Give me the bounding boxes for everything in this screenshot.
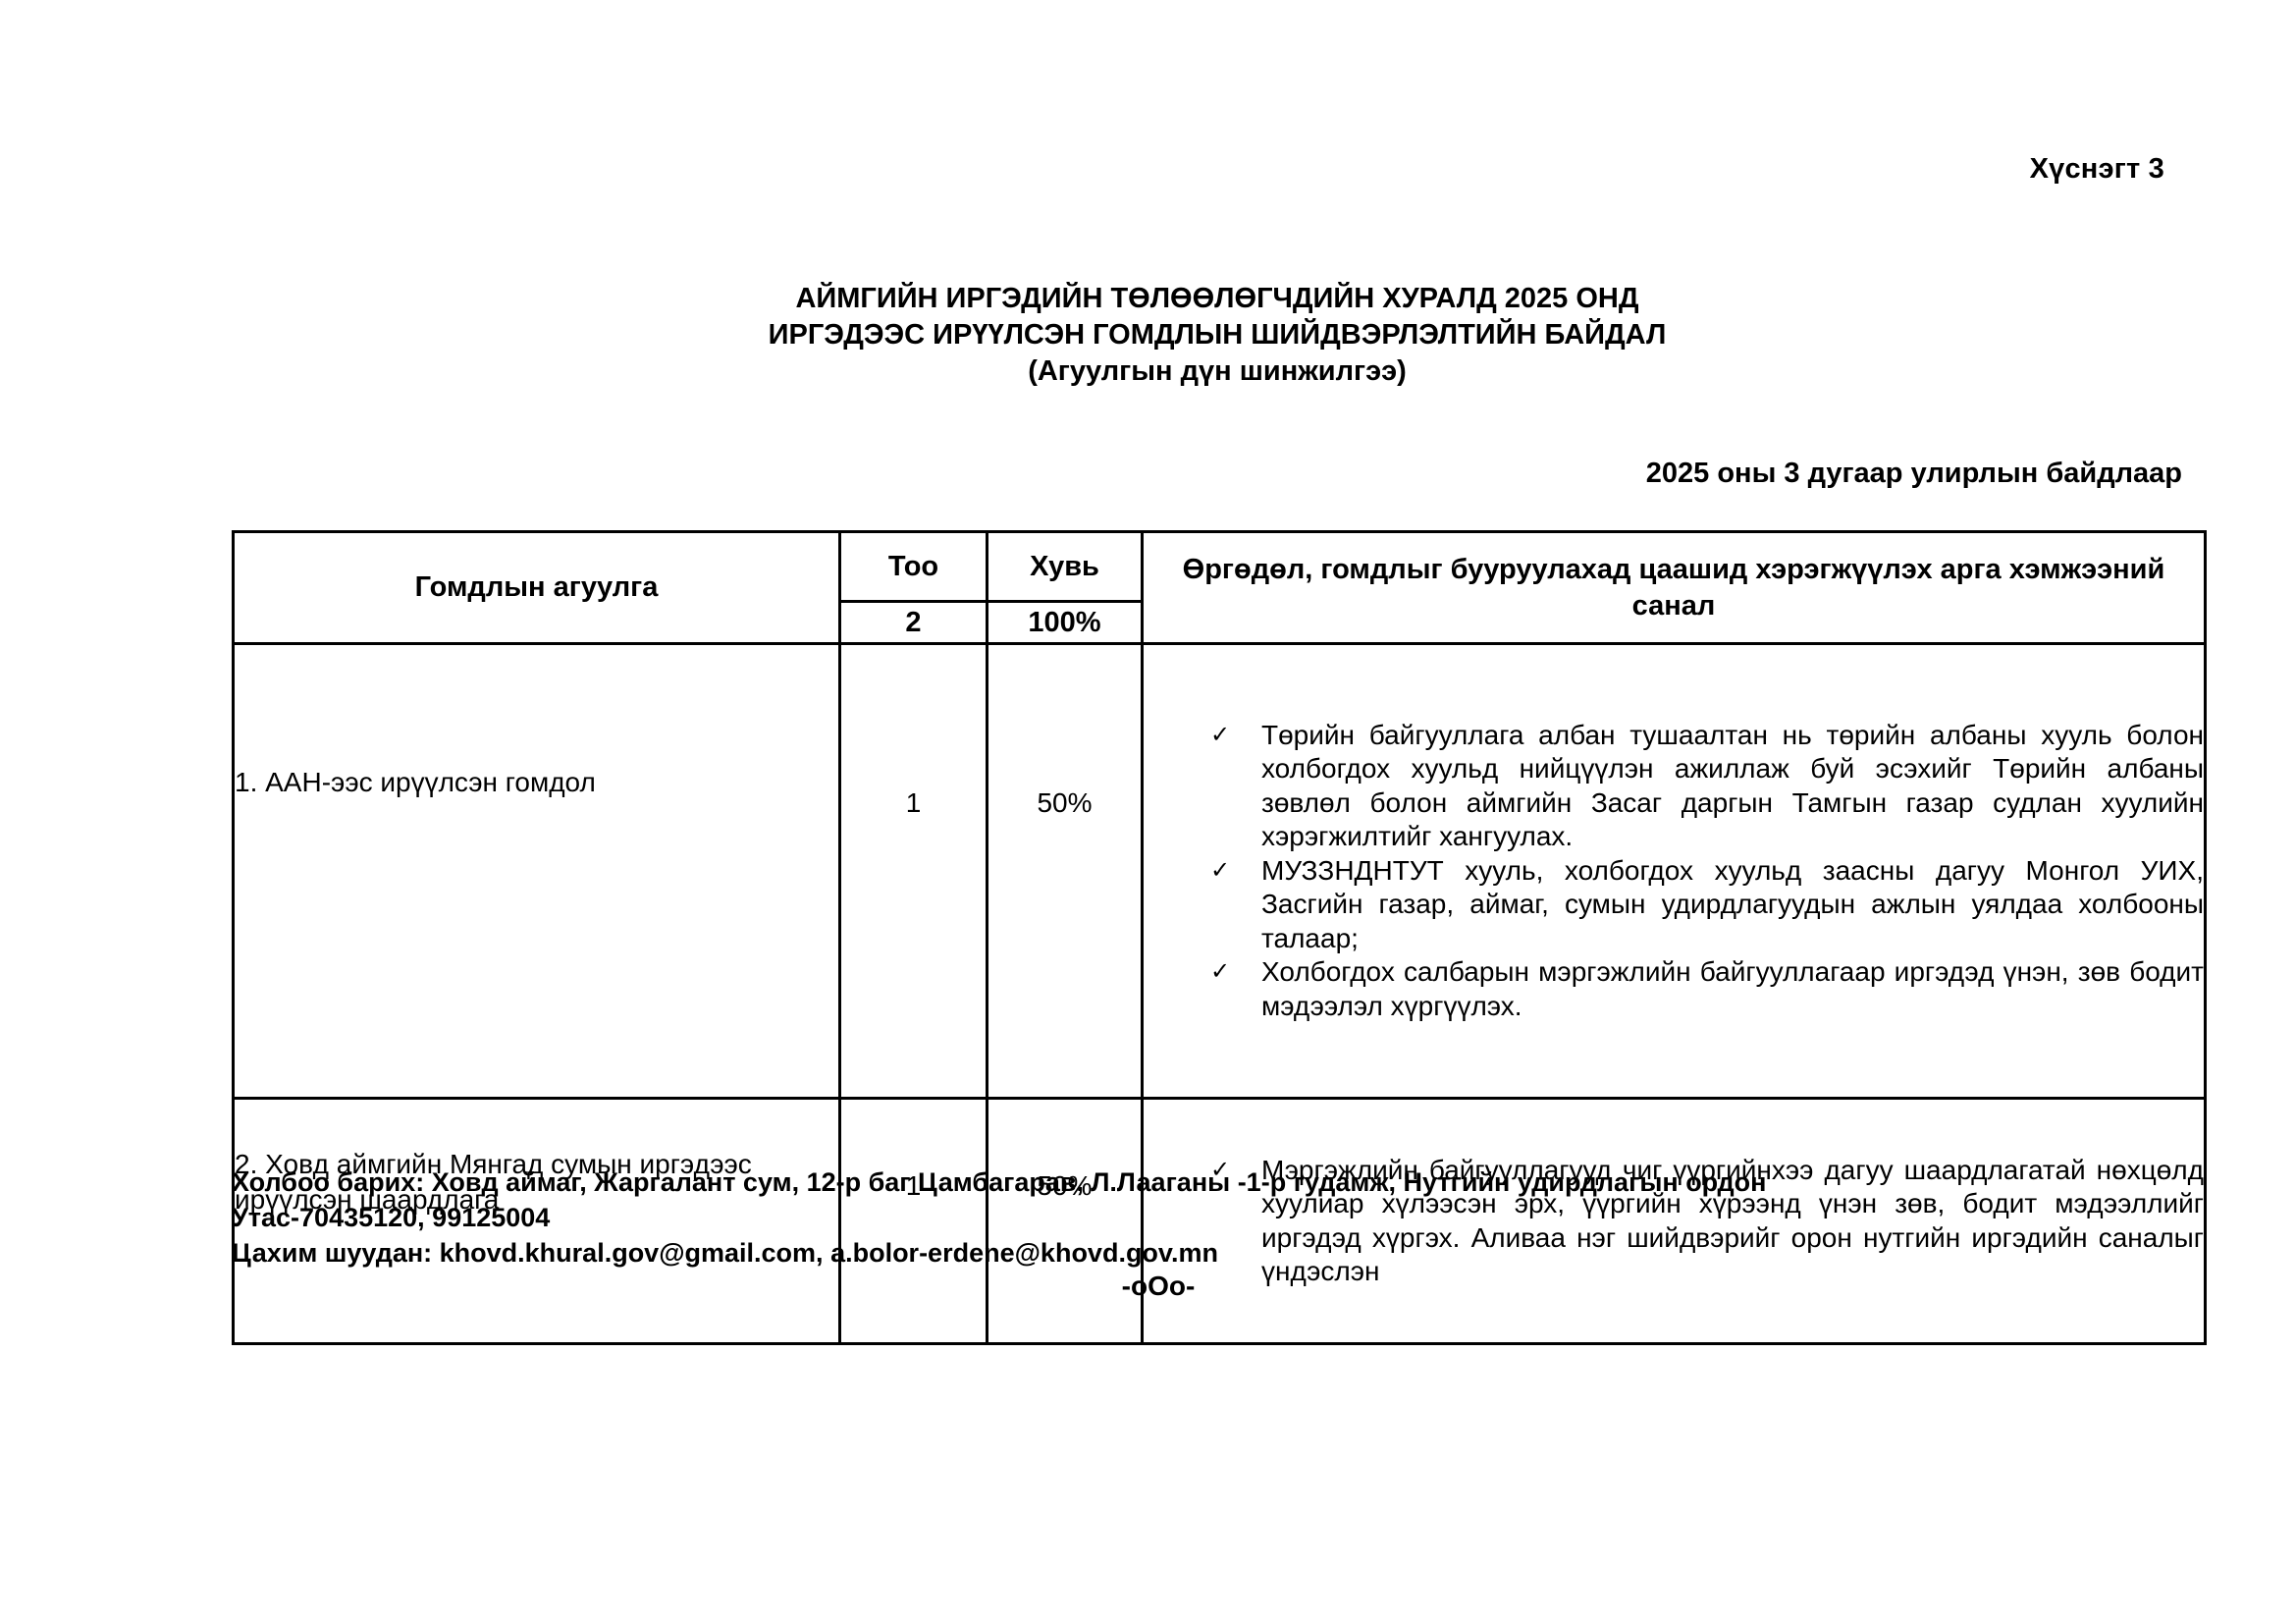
header-recommendation: Өргөдөл, гомдлыг бууруулахад цаашид хэрэ…	[1143, 532, 2206, 644]
contact-block: Холбоо барих: Ховд аймаг, Жаргалант сум,…	[232, 1164, 1766, 1271]
title-subtitle: (Агуулгын дүн шинжилгээ)	[232, 353, 2203, 390]
row-topic: 1. ААН-ээс ирүүлсэн гомдол	[234, 644, 840, 1099]
annex-label: Хүснэгт 3	[2030, 153, 2164, 186]
contact-phone: Утас-70435120, 99125004	[232, 1200, 1766, 1235]
total-percent: 100%	[988, 602, 1143, 644]
row-recommendations: ✓ Төрийн байгууллага албан тушаалтан нь …	[1143, 644, 2206, 1099]
recommendation-text: МУЗЗНДНТУТ хууль, холбогдох хуульд заасн…	[1261, 855, 2204, 953]
header-count: Тоо	[840, 532, 988, 602]
checkmark-icon: ✓	[1210, 854, 1230, 889]
title-line-1: АЙМГИЙН ИРГЭДИЙН ТӨЛӨӨЛӨГЧДИЙН ХУРАЛД 20…	[232, 281, 2203, 317]
report-period: 2025 оны 3 дугаар улирлын байдлаар	[1646, 458, 2182, 490]
contact-email-line: Цахим шуудан: khovd.khural.gov@gmail.com…	[232, 1235, 1766, 1271]
recommendation-item: ✓ Төрийн байгууллага албан тушаалтан нь …	[1144, 719, 2204, 854]
contact-email-label: Цахим шуудан:	[232, 1238, 440, 1268]
contact-emails[interactable]: khovd.khural.gov@gmail.com, a.bolor-erde…	[440, 1238, 1218, 1268]
recommendation-text: Холбогдох салбарын мэргэжлийн байгууллаг…	[1261, 956, 2204, 1021]
total-count: 2	[840, 602, 988, 644]
checkmark-icon: ✓	[1210, 955, 1230, 990]
row-count: 1	[840, 644, 988, 1099]
title-line-2: ИРГЭДЭЭС ИРҮҮЛСЭН ГОМДЛЫН ШИЙДВЭРЛЭЛТИЙН…	[232, 317, 2203, 353]
document-title: АЙМГИЙН ИРГЭДИЙН ТӨЛӨӨЛӨГЧДИЙН ХУРАЛД 20…	[232, 281, 2203, 390]
recommendation-item: ✓ МУЗЗНДНТУТ хууль, холбогдох хуульд заа…	[1144, 854, 2204, 956]
header-topic: Гомдлын агуулга	[234, 532, 840, 644]
checkmark-icon: ✓	[1210, 719, 1230, 753]
row-percent: 50%	[988, 644, 1143, 1099]
end-mark: -оОо-	[1080, 1271, 1237, 1302]
header-percent: Хувь	[988, 532, 1143, 602]
contact-address: Холбоо барих: Ховд аймаг, Жаргалант сум,…	[232, 1164, 1766, 1200]
recommendation-text: Төрийн байгууллага албан тушаалтан нь тө…	[1261, 720, 2204, 852]
table-row: 1. ААН-ээс ирүүлсэн гомдол 1 50% ✓ Төрий…	[234, 644, 2206, 1099]
recommendation-item: ✓ Холбогдох салбарын мэргэжлийн байгуулл…	[1144, 955, 2204, 1023]
